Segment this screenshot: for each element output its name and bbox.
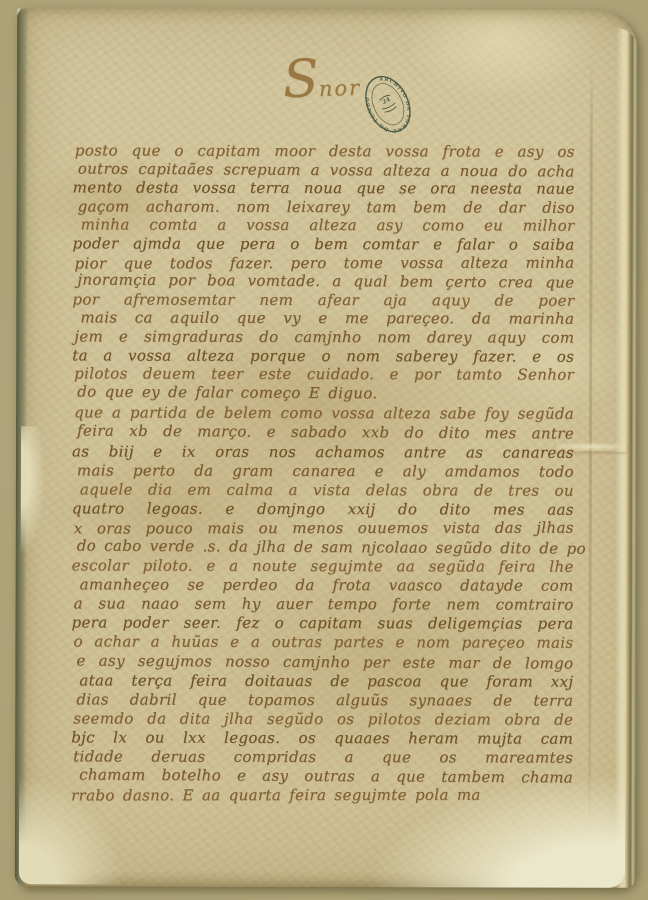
manuscript-line: a sua naao sem hy auer tempo forte nem c… — [74, 595, 574, 615]
manuscript-text: posto que o capitam moor desta vossa fro… — [73, 141, 575, 808]
photo-frame: Snor ARCHIVO DA TORRE DO TOMBO 24 posto … — [0, 0, 648, 900]
vertical-crease — [588, 60, 593, 858]
manuscript-line: x oras pouco mais ou menos ouuemos vista… — [74, 518, 574, 538]
manuscript-line: do cabo verde .s. da jlha de sam njcolaa… — [77, 536, 574, 558]
manuscript-line: escolar piloto. e a noute segujmte aa se… — [72, 556, 574, 576]
manuscript-page: Snor ARCHIVO DA TORRE DO TOMBO 24 posto … — [15, 8, 637, 888]
manuscript-line: bjc lx ou lxx legoas. os quaaes heram mu… — [71, 728, 573, 748]
manuscript-line: amanheçeo se perdeo da frota vaasco data… — [80, 576, 574, 596]
manuscript-line: posto que o capitam moor desta vossa fro… — [75, 141, 575, 161]
manuscript-line: e asy segujmos nosso camjnho per este ma… — [76, 651, 573, 673]
manuscript-line: quatro legoas. e domjngo xxij do dito me… — [72, 499, 574, 519]
manuscript-line: mais ca aquilo que vy e me pareçeo. da m… — [80, 309, 574, 329]
manuscript-line: mais perto da gram canarea e aly amdamos… — [77, 461, 574, 481]
manuscript-line: do que ey de falar começo E diguo. — [77, 382, 574, 404]
manuscript-line: mento desta vossa terra noua que se ora … — [73, 179, 575, 199]
manuscript-line: aquele dia em calma a vista delas obra d… — [80, 480, 574, 500]
paragraph: posto que o capitam moor desta vossa fro… — [74, 141, 575, 403]
manuscript-line: pior que todos fazer. pero tome vossa al… — [74, 253, 574, 272]
manuscript-line: pilotos deuem teer este cuidado. e por t… — [74, 364, 574, 384]
left-edge-repair-patch — [21, 426, 51, 551]
manuscript-line: dias dabril que topamos alguũs synaaes d… — [76, 690, 573, 710]
manuscript-line: feira xb de março. e sabado xxb do dito … — [77, 422, 574, 444]
paragraph: que a partida de belem como vossa alteza… — [73, 404, 574, 806]
manuscript-line: seemdo da dita jlha segũdo os pilotos de… — [73, 709, 573, 729]
manuscript-line: outros capitaães screpuam a vossa alteza… — [78, 159, 575, 181]
manuscript-line: jem e simgraduras do camjnho nom darey a… — [74, 327, 574, 347]
manuscript-line: ta a vossa alteza porque o nom saberey f… — [72, 346, 574, 366]
manuscript-line: gaçom acharom. nom leixarey tam bem de d… — [78, 197, 575, 217]
manuscript-line: o achar a huũas e a outras partes e nom … — [73, 633, 573, 653]
manuscript-line: tidade deruas compridas a que os mareamt… — [73, 747, 573, 767]
manuscript-line: chamam botelho e asy outras a que tambem… — [79, 766, 573, 788]
manuscript-line: rrabo dasno. E aa quarta feira segujmte … — [71, 786, 573, 806]
manuscript-line: minha comta a vossa alteza asy como eu m… — [81, 216, 575, 236]
manuscript-line: jnoramçia por boa vomtade. a qual bem çe… — [77, 271, 574, 293]
manuscript-line: por afremosemtar nem afear aja aquy de p… — [72, 290, 574, 310]
manuscript-line: ataa terça feira doitauas de pascoa que … — [79, 671, 573, 691]
manuscript-line: as biij e ix oras nos achamos antre as c… — [72, 442, 574, 462]
manuscript-line: poder ajmda que pera o bem comtar e fala… — [73, 234, 575, 254]
stamp-center-number: 24 — [382, 97, 392, 106]
manuscript-line: pera poder seer. fez o capitam suas deli… — [72, 614, 574, 634]
